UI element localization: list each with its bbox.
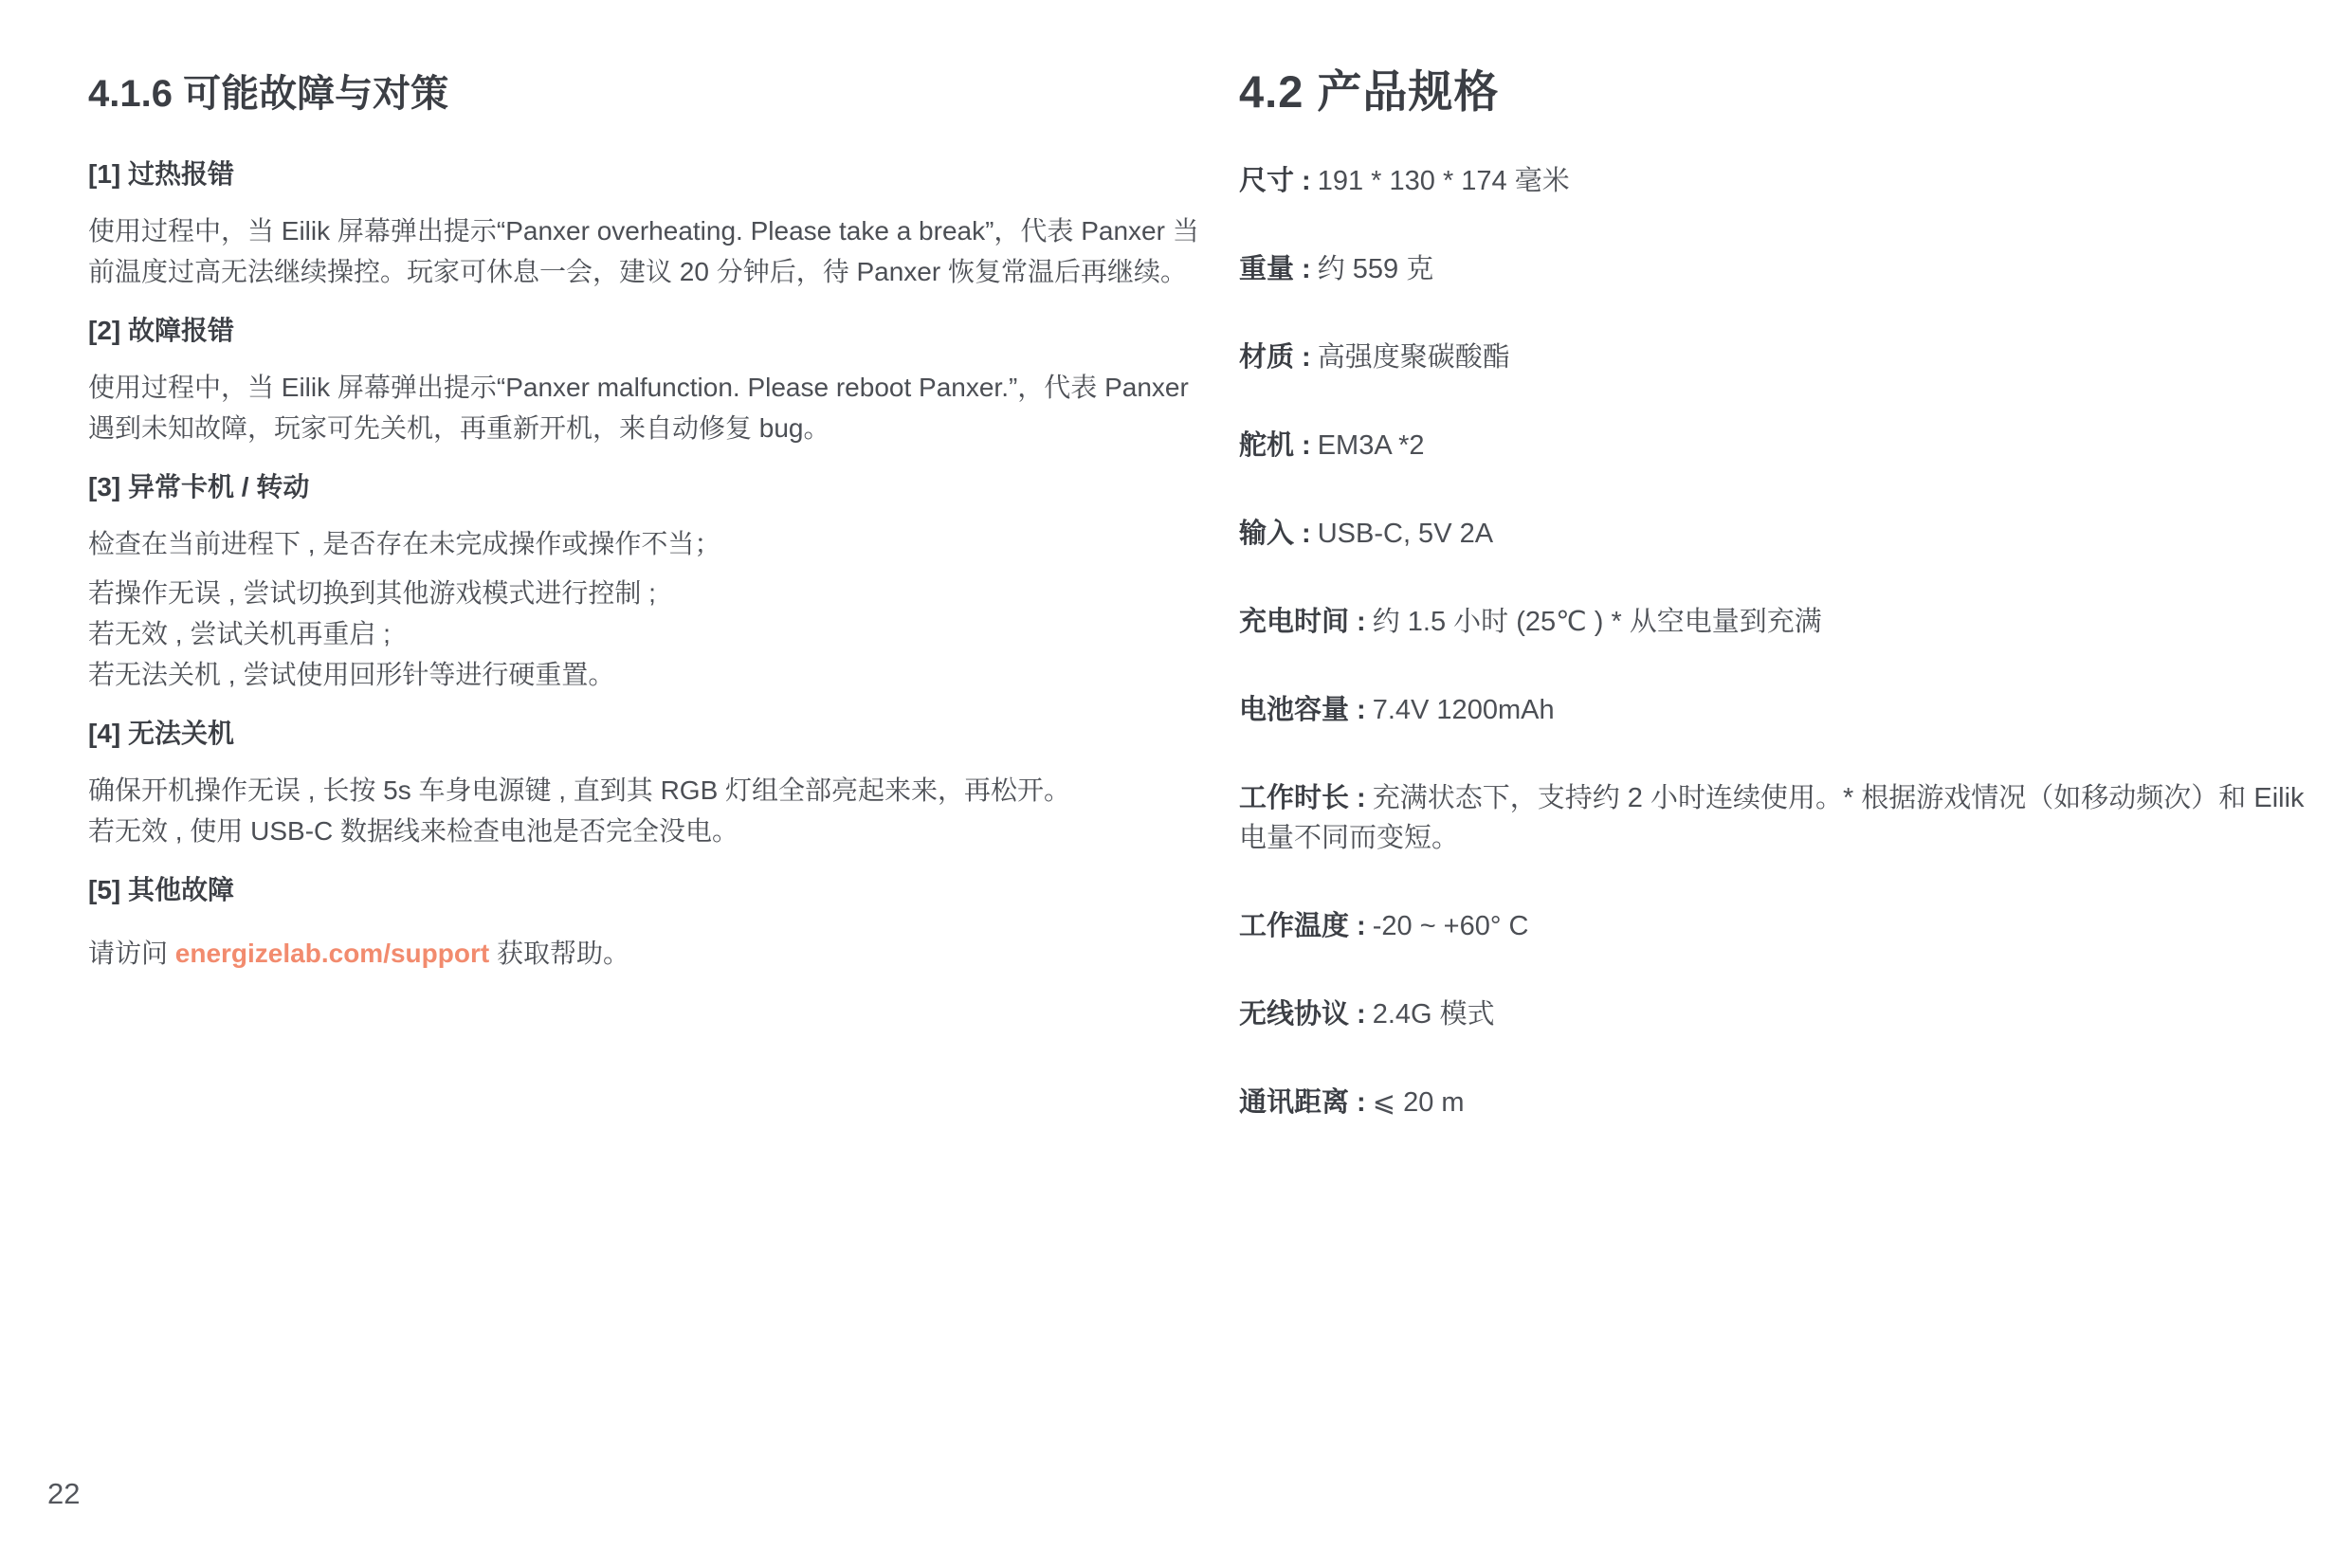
support-link[interactable]: energizelab.com/support	[175, 939, 489, 968]
spec-row-wireless: 无线协议 :2.4G 模式	[1239, 994, 2339, 1034]
spec-label: 重量 :	[1239, 254, 1311, 284]
issue-heading-3: [3] 异常卡机 / 转动	[88, 471, 1202, 503]
spec-value: 2.4G 模式	[1373, 999, 1495, 1030]
spec-row-dimensions: 尺寸 :191 * 130 * 174 毫米	[1239, 161, 2339, 201]
spec-row-material: 材质 :高强度聚碳酸酯	[1239, 337, 2339, 377]
spec-row-weight: 重量 :约 559 克	[1239, 249, 2339, 289]
spec-label: 工作温度 :	[1239, 911, 1366, 941]
spec-label: 充电时间 :	[1239, 607, 1366, 637]
issue-paragraph-1: 使用过程中，当 Eilik 屏幕弹出提示“Panxer overheating.…	[88, 210, 1202, 292]
support-line-prefix: 请访问	[88, 939, 175, 968]
spec-label: 尺寸 :	[1239, 166, 1311, 196]
spec-value: 7.4V 1200mAh	[1373, 695, 1555, 725]
spec-value: 高强度聚碳酸酯	[1318, 342, 1510, 373]
issue-heading-1: [1] 过热报错	[88, 158, 1202, 191]
spec-label: 输入 :	[1239, 519, 1311, 549]
spec-value: 充满状态下，支持约 2 小时连续使用。* 根据游戏情况（如移动频次）和 Eili…	[1239, 783, 2305, 853]
support-line: 请访问 energizelab.com/support 获取帮助。	[88, 933, 1202, 974]
spec-label: 无线协议 :	[1239, 999, 1366, 1030]
spec-label: 材质 :	[1239, 342, 1311, 373]
spec-row-range: 通讯距离 :⩽ 20 m	[1239, 1083, 2339, 1122]
spec-value: 约 559 克	[1318, 254, 1434, 284]
manual-page: 4.1.6 可能故障与对策 [1] 过热报错 使用过程中，当 Eilik 屏幕弹…	[0, 0, 2352, 1568]
issue-paragraph-3a: 检查在当前进程下 , 是否存在未完成操作或操作不当；	[88, 523, 1202, 564]
issue-heading-2: [2] 故障报错	[88, 315, 1202, 347]
spec-label: 电池容量 :	[1239, 695, 1366, 725]
issue-paragraph-4b: 若无效 , 使用 USB-C 数据线来检查电池是否完全没电。	[88, 811, 1202, 851]
spec-row-charge-time: 充电时间 :约 1.5 小时 (25℃ ) * 从空电量到充满	[1239, 602, 2339, 642]
spec-row-battery: 电池容量 :7.4V 1200mAh	[1239, 690, 2339, 730]
specs-title: 4.2 产品规格	[1239, 66, 2339, 118]
spec-value: 191 * 130 * 174 毫米	[1318, 166, 1570, 196]
spec-label: 工作时长 :	[1239, 783, 1366, 813]
spec-value: EM3A *2	[1318, 430, 1425, 461]
spec-row-input: 输入 :USB-C, 5V 2A	[1239, 514, 2339, 554]
specs-column: 4.2 产品规格 尺寸 :191 * 130 * 174 毫米 重量 :约 55…	[1239, 66, 2339, 1171]
issue-heading-5: [5] 其他故障	[88, 874, 1202, 906]
issue-paragraph-3b: 若操作无误 , 尝试切换到其他游戏模式进行控制 ;	[88, 573, 1202, 613]
issue-paragraph-4a: 确保开机操作无误 , 长按 5s 车身电源键 , 直到其 RGB 灯组全部亮起来…	[88, 770, 1202, 811]
troubleshooting-title: 4.1.6 可能故障与对策	[88, 71, 1202, 117]
spec-row-servo: 舵机 :EM3A *2	[1239, 426, 2339, 465]
spec-value: USB-C, 5V 2A	[1318, 519, 1493, 549]
page-number: 22	[47, 1477, 80, 1511]
issue-heading-4: [4] 无法关机	[88, 718, 1202, 750]
issue-paragraph-3c: 若无效 , 尝试关机再重启 ;	[88, 613, 1202, 654]
spec-label: 通讯距离 :	[1239, 1087, 1366, 1118]
troubleshooting-column: 4.1.6 可能故障与对策 [1] 过热报错 使用过程中，当 Eilik 屏幕弹…	[88, 71, 1202, 1000]
spec-row-runtime: 工作时长 :充满状态下，支持约 2 小时连续使用。* 根据游戏情况（如移动频次）…	[1239, 778, 2339, 858]
issue-paragraph-2: 使用过程中，当 Eilik 屏幕弹出提示“Panxer malfunction.…	[88, 367, 1202, 448]
support-line-suffix: 获取帮助。	[489, 939, 629, 968]
spec-label: 舵机 :	[1239, 430, 1311, 461]
issue-paragraph-3d: 若无法关机 , 尝试使用回形针等进行硬重置。	[88, 654, 1202, 695]
spec-row-temperature: 工作温度 :-20 ~ +60° C	[1239, 906, 2339, 946]
spec-value: 约 1.5 小时 (25℃ ) * 从空电量到充满	[1373, 607, 1822, 637]
spec-value: ⩽ 20 m	[1373, 1087, 1465, 1118]
spec-value: -20 ~ +60° C	[1373, 911, 1529, 941]
